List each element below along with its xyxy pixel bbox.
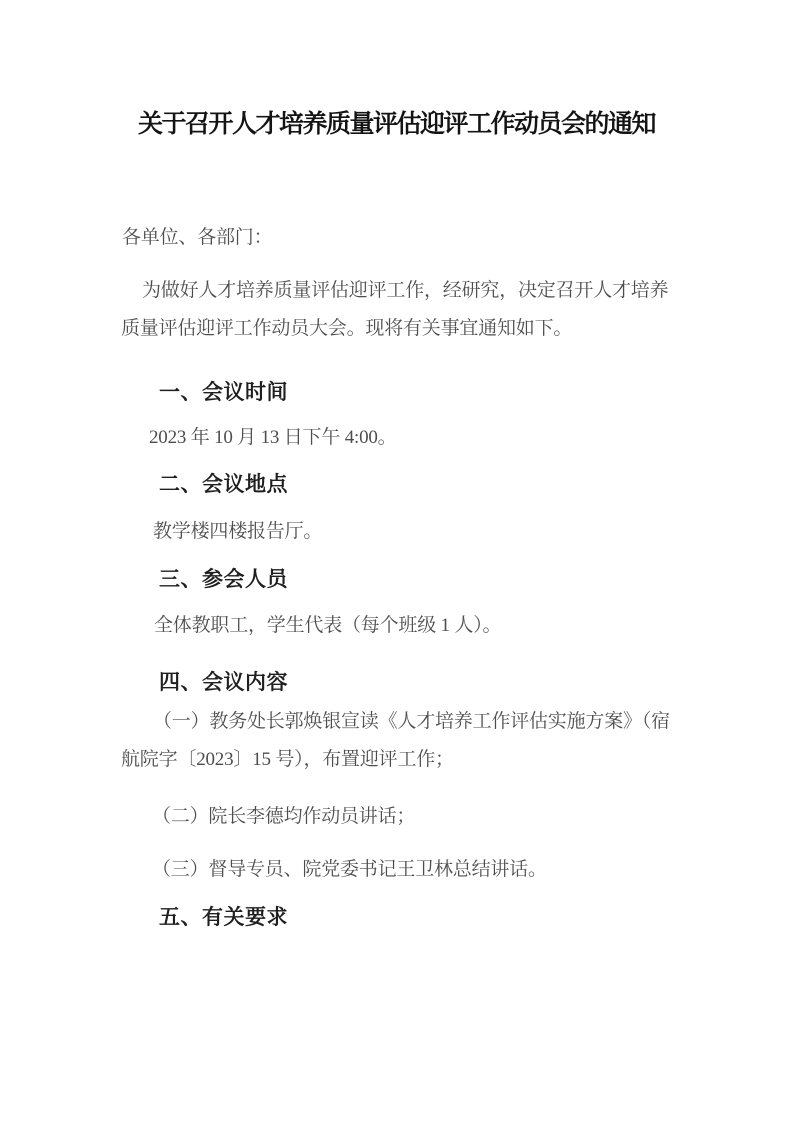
section-heading-meeting-place: 二、会议地点 [121,466,672,504]
content-item-1-line-2: 航院字〔2023〕15 号），布置迎评工作； [121,741,672,779]
intro-line-1: 为做好人才培养质量评估迎评工作，经研究，决定召开人才培养 [121,272,672,310]
section-body-meeting-place: 教学楼四楼报告厅。 [121,513,672,551]
content-item-1-line-1: （一）教务处长郭焕银宣读《人才培养工作评估实施方案》（宿 [121,703,672,741]
document-title: 关于召开人才培养质量评估迎评工作动员会的通知 [121,104,672,144]
content-item-3: （三）督导专员、院党委书记王卫林总结讲话。 [121,851,672,889]
section-heading-participants: 三、参会人员 [121,561,672,599]
intro-line-2: 质量评估迎评工作动员大会。现将有关事宜通知如下。 [121,310,672,348]
section-heading-meeting-time: 一、会议时间 [121,374,672,412]
salutation: 各单位、各部门： [121,219,672,257]
section-body-participants: 全体教职工，学生代表（每个班级 1 人）。 [121,607,672,645]
section-heading-meeting-content: 四、会议内容 [121,664,672,702]
section-body-meeting-time: 2023 年 10 月 13 日下午 4:00。 [121,419,672,457]
intro-paragraph: 为做好人才培养质量评估迎评工作，经研究，决定召开人才培养 质量评估迎评工作动员大… [121,272,672,348]
document-page: 关于召开人才培养质量评估迎评工作动员会的通知 各单位、各部门： 为做好人才培养质… [0,0,793,1122]
content-item-1: （一）教务处长郭焕银宣读《人才培养工作评估实施方案》（宿 航院字〔2023〕15… [121,703,672,779]
content-item-2: （二）院长李德均作动员讲话； [121,798,672,836]
section-heading-requirements: 五、有关要求 [121,899,672,937]
